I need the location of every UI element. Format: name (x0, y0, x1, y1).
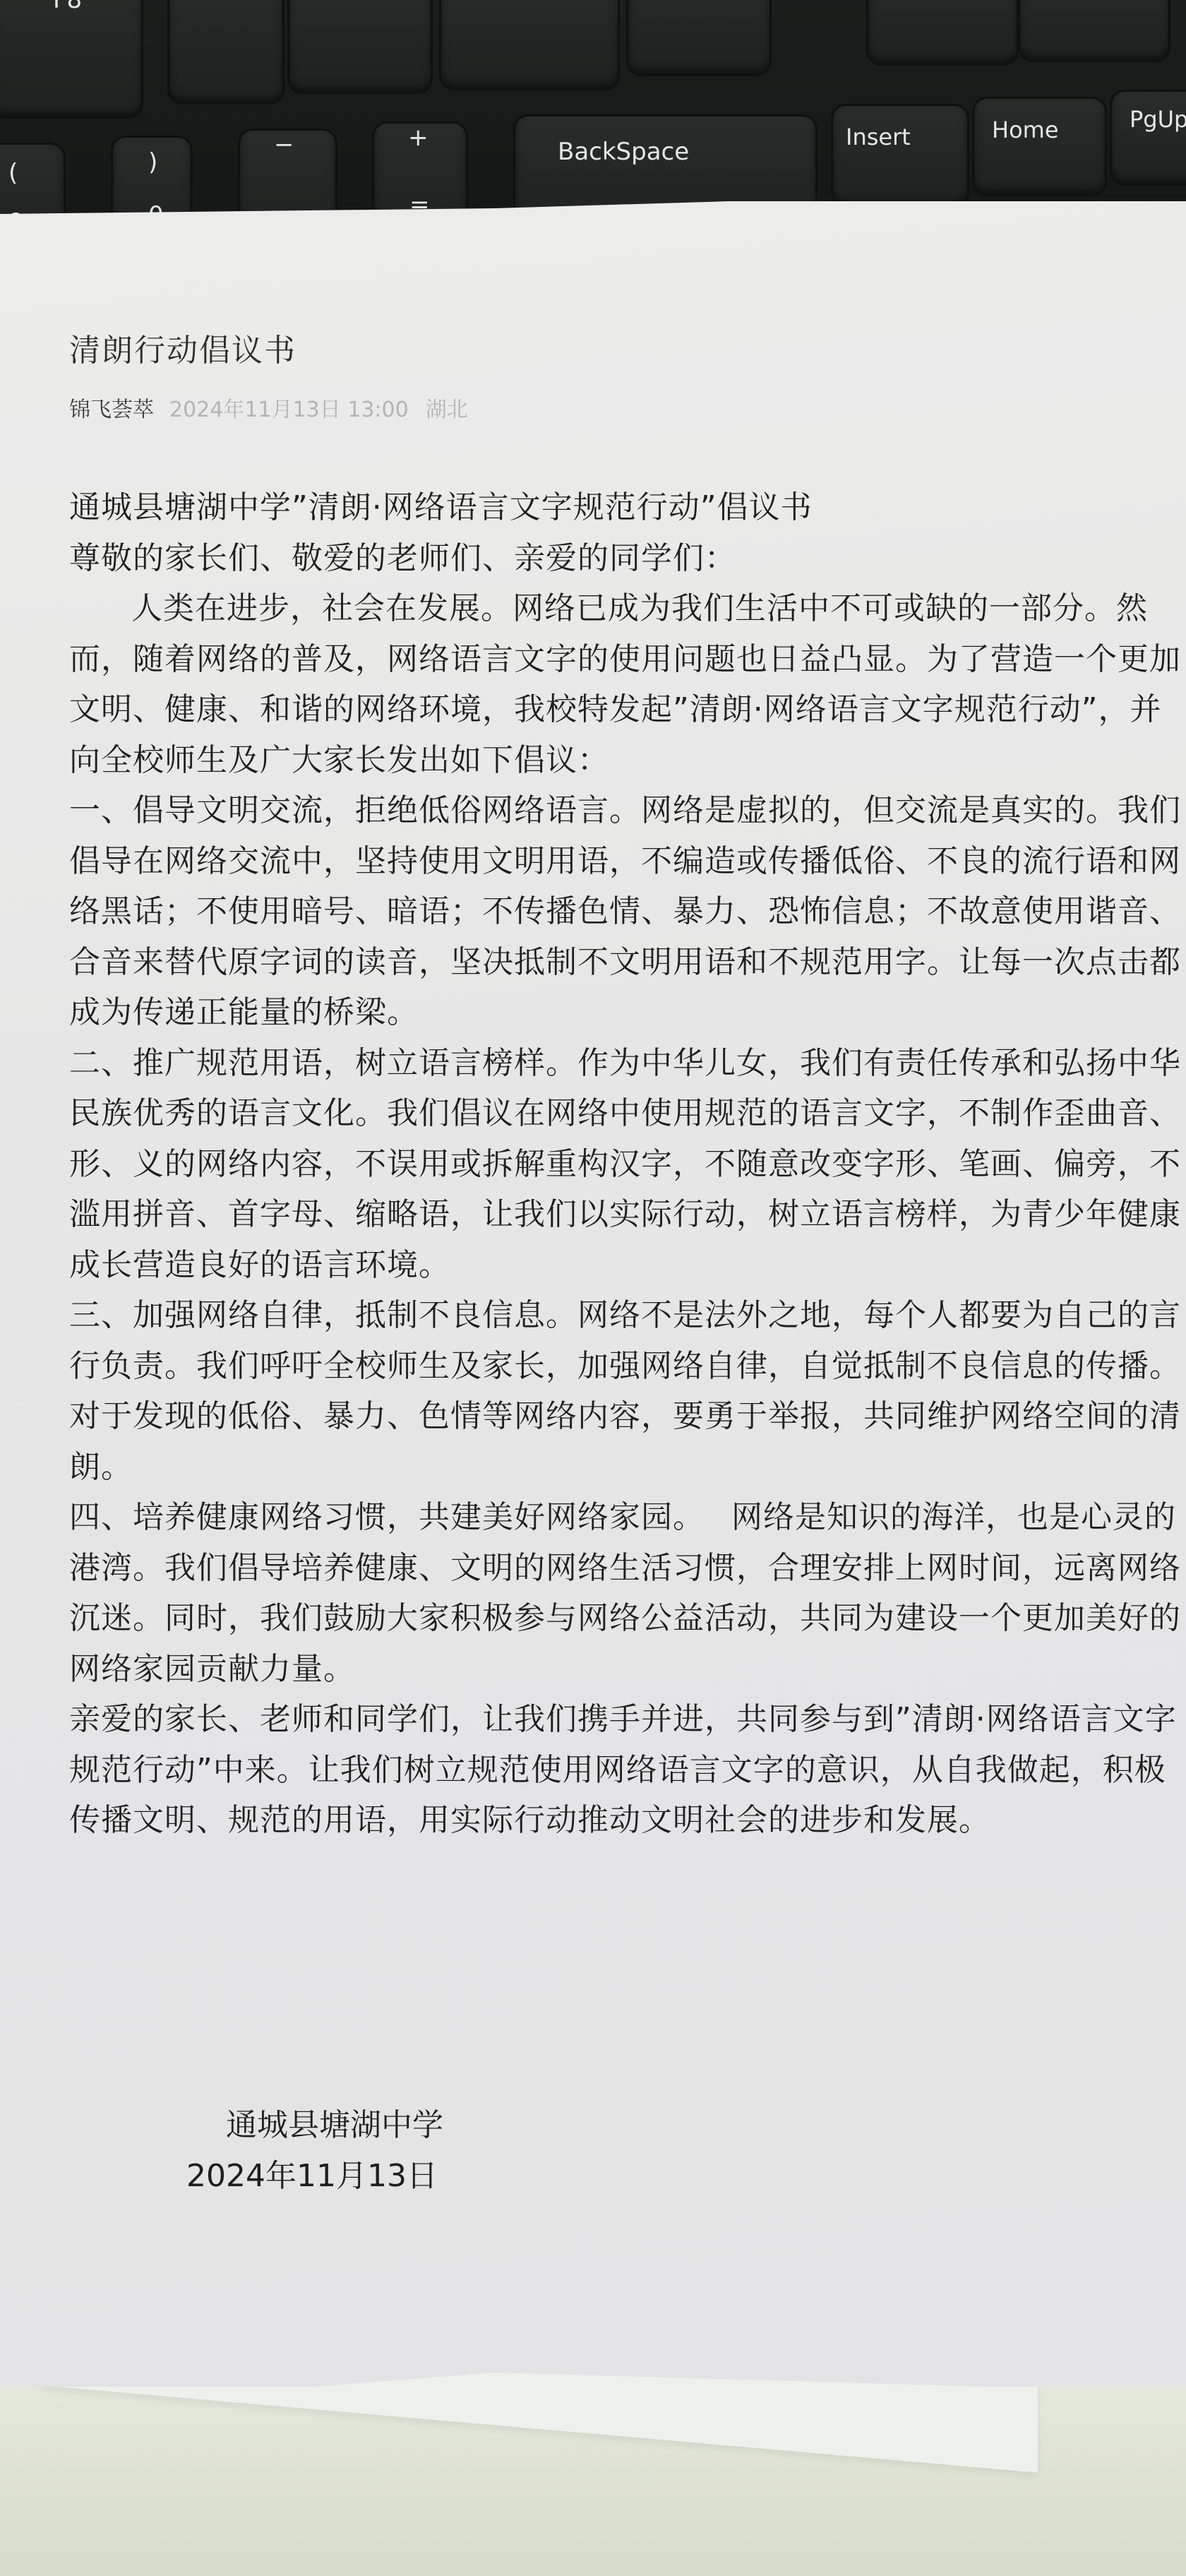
key-pgup: PgUp (1112, 92, 1186, 184)
key-blank-2 (628, 0, 769, 74)
key-f8: F8 (0, 0, 141, 117)
document-body: 通城县塘湖中学”清朗·网络语言文字规范行动”倡议书 尊敬的家长们、敬爱的老师们、… (69, 482, 1181, 1846)
point-4: 四、培养健康网络习惯，共建美好网络家园。 网络是知识的海洋，也是心灵的港湾。我们… (69, 1492, 1181, 1694)
key-insert: Insert (833, 106, 967, 205)
proposal-heading: 通城县塘湖中学”清朗·网络语言文字规范行动”倡议书 (69, 482, 1181, 533)
publish-datetime: 2024年11月13日 13:00 (169, 398, 409, 422)
signature-date: 2024年11月13日 (186, 2150, 751, 2195)
closing-paragraph: 亲爱的家长、老师和同学们，让我们携手并进，共同参与到”清朗·网络语言文字规范行动… (69, 1694, 1181, 1846)
location: 湖北 (426, 398, 468, 422)
document-title: 清朗行动倡议书 (69, 325, 296, 370)
key-blank-1 (441, 0, 618, 88)
key-blank-3 (868, 0, 1017, 64)
point-1: 一、倡导文明交流，拒绝低俗网络语言。网络是虚拟的，但交流是真实的。我们倡导在网络… (69, 785, 1181, 1038)
key-f9: F9 (169, 0, 282, 102)
point-2: 二、推广规范用语，树立语言榜样。作为中华儿女，我们有责任传承和弘扬中华民族优秀的… (69, 1038, 1181, 1291)
keyboard: F8 F9 F10 ( 9 ) 0 − + = BackSpace Insert… (0, 0, 1186, 233)
printed-paper: 清朗行动倡议书 锦飞荟萃2024年11月13日 13:00湖北 通城县塘湖中学”… (0, 201, 1186, 2387)
document-meta: 锦飞荟萃2024年11月13日 13:00湖北 (69, 392, 468, 423)
salutation: 尊敬的家长们、敬爱的老师们、亲爱的同学们： (69, 533, 1181, 584)
point-3: 三、加强网络自律，抵制不良信息。网络不是法外之地，每个人都要为自己的言行负责。我… (69, 1290, 1181, 1492)
key-blank-4 (1020, 0, 1168, 60)
key-f10: F10 (289, 0, 431, 92)
author: 锦飞荟萃 (69, 398, 154, 422)
intro-paragraph: 人类在进步，社会在发展。网络已成为我们生活中不可或缺的一部分。然而，随着网络的普… (69, 583, 1181, 785)
key-home: Home (974, 99, 1105, 194)
signature-org: 通城县塘湖中学 (226, 2099, 791, 2145)
